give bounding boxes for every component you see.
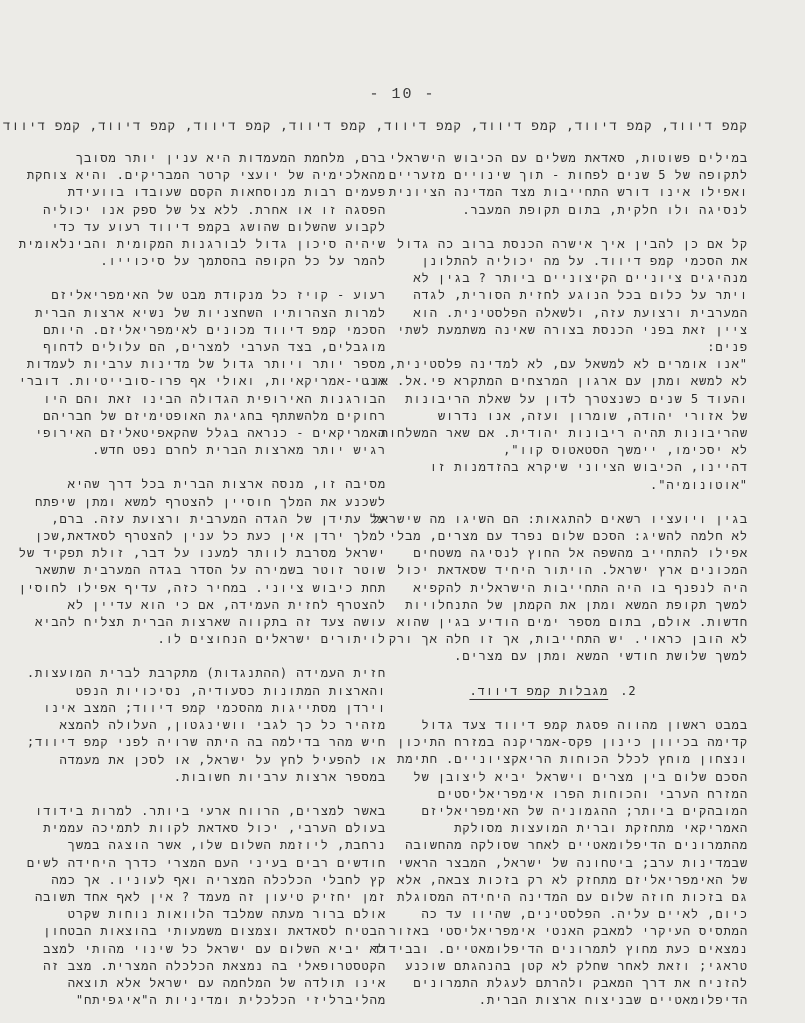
text-line: שבמדינות ערב; ביטחונה של ישראל, המבצר הר… [398, 855, 748, 872]
text-line: נרחבת, ליוזמת השלום שלו, אשר הוצגה במשך [38, 837, 386, 854]
text-line: מנהיגים ציוניים הקיצוניים ביותר ? בגין ל… [398, 270, 748, 287]
text-line: קל אם כן להבין איך אישרה הכנסת ברוב כה ג… [398, 236, 748, 253]
text-line: את הסכמי קמפ דיווד. על מה יכוליה להתלונן [398, 253, 748, 270]
text-line: הדיפלומאטיים שבניצוח ארצות הברית. [398, 992, 748, 1009]
text-line: קץ לחבלי הכלכלה המצריה ואף לעוניו. אך כמ… [38, 872, 386, 889]
text-line: תחת כיבוש ציוני. במחיר כזה, עדיף אפילו ל… [38, 580, 386, 597]
text-line: מוגבלים, בצד הערבי למצרים, הם עלולים לדח… [38, 339, 386, 356]
text-line: אנטי-אמריקאיות, ואולי אף פרו-סובייטיות. … [38, 373, 386, 390]
text-line: במבט ראשון מהווה פסגת קמפ דיווד צעד גדול [398, 717, 748, 734]
text-line: במילים פשוטות, סאדאת משלים עם הכיבוש היש… [398, 150, 748, 167]
text-line: זמן יחזיק טיעון זה מעמד ? אין לאף אחד תש… [38, 889, 386, 906]
text-line: מהליברליזי הכלכלית ומדיניות ה"איגפיתח" [38, 992, 386, 1009]
text-line: קדימה בכיוון כינון פקס-אמריקנה במזרח התי… [398, 734, 748, 751]
text-line: להמר על כל הקופה בהסתמך על סיכוייו. [38, 253, 386, 270]
text-line: שיהיה סיכון גדול לבורגנות המקומית והבינל… [38, 236, 386, 253]
text-line: והארצות המתונות כסעודיה, נסיכויות הנפט [38, 683, 386, 700]
text-line: המזרח הערבי והכוחות הפרו אימפריאליסטים [398, 786, 748, 803]
text-line: הבטיח לסאדאת וצמצום משמעותי בהוצאות הבטח… [38, 923, 386, 940]
text-line: לשכנע את המלך חוסיין להצטרף למשא ומתן שי… [38, 494, 386, 511]
text-line: למשך שלושת חודשי המשא ומתן עם מצרים. [398, 648, 748, 665]
text-line: הסכמי קמפ דיווד מכונים לאימפריאליזם. היו… [38, 322, 386, 339]
section-number: 2. [620, 684, 636, 698]
text-line: והעוד 5 שנים כשנצטרך לדון על שאלת הריבונ… [398, 391, 748, 408]
text-line: הפסגה זו או אחרת. ללא צל של ספק אנו יכול… [38, 202, 386, 219]
text-line: טראגי; וזאת לאחר שחלק לא קטן בהנהגתם שוכ… [398, 958, 748, 975]
page-number: - 10 - [0, 86, 805, 103]
text-line: רגיש יותר מארצות הברית לחרם נפט חדש. [38, 442, 386, 459]
text-line: וירדן מסתייגות מהסכמי קמפ דיווד; המצב אי… [38, 700, 386, 717]
text-line: ישראל מסרבת לוותר למענו על דבר, זולת תפק… [38, 545, 386, 562]
paragraph: מסיבה זו, מנסה ארצות הברית בכל דרך שהיאל… [38, 476, 386, 648]
paragraph: בגין ויועציו רשאים להתגאות: הם השיגו מה … [398, 511, 748, 666]
text-line: מהתמרונים הדיפלומאטיים לאחר שסולקה מהחשו… [398, 837, 748, 854]
text-line: לנסיגה ולו חלקית, בתום תקופת המעבר. [398, 202, 748, 219]
text-line: למשך תקופת המשא ומתן את הקמתן של התנחלוי… [398, 597, 748, 614]
text-line: לא יסכימו, יימשך הסטאטוס קוו", [398, 442, 748, 459]
text-line: המובהקים ביותר; ההגמוניה של האימפריאליזם [398, 803, 748, 820]
text-line: לא הובן כראוי. יש התחייבות, אך זו חלה אך… [398, 631, 748, 648]
text-line: חודשים רבים בעיני העם המצרי כדרך היחידה … [38, 855, 386, 872]
text-line: בעולם הערבי, יכול סאדאת לקוות לתמיכה עממ… [38, 820, 386, 837]
paragraph: ברם, מלחמת המעמדות היא ענין יותר מסובךמה… [38, 150, 386, 270]
text-line: של אזורי יהודה, שומרון ועזה, אנו נדרוש [398, 408, 748, 425]
right-column: במילים פשוטות, סאדאת משלים עם הכיבוש היש… [398, 150, 748, 1023]
text-line: רעוע - קויז כל מנקודת מבט של האימפריאליז… [38, 287, 386, 304]
text-line: נמצאים כעת מחוץ לתמרונים הדיפלומאטיים. ו… [398, 941, 748, 958]
text-line: מזהיר כל כך לגבי וושינגטון, העלולה להמצא [38, 717, 386, 734]
text-line: במספר ארצות ערביות חשובות. [38, 769, 386, 786]
text-line: חדשות. אולם, בתום מספר ימים הודיע בגין ש… [398, 614, 748, 631]
text-line: המערבית ורצועת עזה, ולשאלה הפלסטינית. הו… [398, 305, 748, 322]
text-line: אינו תולדה של המלחמה עם ישראל אלא תוצאה [38, 975, 386, 992]
text-line: אפילו להתחייב מהשפה אל החוץ לנסיגה משטחי… [398, 545, 748, 562]
text-line: שהריבונות תהיה ריבונות יהודית. אם שאר המ… [398, 425, 748, 442]
text-line: המכונים ארץ ישראל. הויתור היחיד שסאדאת י… [398, 562, 748, 579]
text-line: לא למשא ומתן עם ארגון המרצחים המתקרא פי.… [398, 373, 748, 390]
text-line: כיום, לאיים עליה. הפלסטינים, שהיוו עד כה [398, 906, 748, 923]
text-line: להצטרף לחזית העמידה, אם כי הוא עדיין לא [38, 597, 386, 614]
text-line: למרות הצהרותיו השחצניות של נשיא ארצות הב… [38, 305, 386, 322]
text-line: להזניח את דרך המאבק ולהרתם לעגלת התמרוני… [398, 975, 748, 992]
section-title: מגבלות קמפ דיווד. [469, 684, 608, 698]
text-line: האמריקאים - כנראה בגלל שהקאפיטאליזם האיר… [38, 425, 386, 442]
left-column: ברם, מלחמת המעמדות היא ענין יותר מסובךמה… [38, 150, 386, 1023]
paragraph: במבט ראשון מהווה פסגת קמפ דיווד צעד גדול… [398, 717, 748, 1009]
text-line: פנים: [398, 339, 748, 356]
text-line: לתקופה של 5 שנים לפחות - תוך שינויים מזע… [398, 167, 748, 184]
text-line: רחוקים מלהשתתף בחגיגת האופטימיזם של חברי… [38, 408, 386, 425]
text-line: לקבוע שהשלום שהושג בקמפ דיווד רעוע עד כד… [38, 219, 386, 236]
text-line: מהאלכימיה של יועצי קרטר המבריקים. והיא צ… [38, 167, 386, 184]
text-line: של האימפריאליזם מתחזק לא רק בזכות צבאה, … [398, 872, 748, 889]
text-line: לא חלמה להשיג: הסכם שלום נפרד עם מצרים, … [398, 528, 748, 545]
text-line: ברם, מלחמת המעמדות היא ענין יותר מסובך [38, 150, 386, 167]
text-line: מספר יותר ויותר גדול של מדינות ערביות לע… [38, 356, 386, 373]
text-line: פעמים רבות מנוסחאות הקסם שעובדו בוועידת [38, 184, 386, 201]
paragraph: במילים פשוטות, סאדאת משלים עם הכיבוש היש… [398, 150, 748, 219]
text-line: "אנו אומרים לא למשאל עם, לא למדינה פלסטי… [398, 356, 748, 373]
text-line: בגין ויועציו רשאים להתגאות: הם השיגו מה … [398, 511, 748, 528]
text-line: ציין זאת בפני הכנסת בצורה שאינה משתמעת ל… [398, 322, 748, 339]
text-line: הסכם שלום בין מצרים וישראל יביא ליצובן ש… [398, 769, 748, 786]
text-line: אולם ברור מעתה שמלבד הלוואות נוחות שקרט [38, 906, 386, 923]
section-heading: 2.מגבלות קמפ דיווד. [398, 683, 748, 700]
text-line: שוטר זוטר בשמירה על הסדר בגדה המערבית שת… [38, 562, 386, 579]
paragraph: באשר למצרים, הרווח ארעי ביותר. למרות ביד… [38, 803, 386, 1009]
text-line: מסיבה זו, מנסה ארצות הברית בכל דרך שהיא [38, 476, 386, 493]
paragraph: חזית העמידה (ההתנגדות) מתקרבת לברית המוע… [38, 665, 386, 785]
text-line: האמריקאי מתחזקת וברית המועצות מסולקת [398, 820, 748, 837]
text-line: גם בזכות חוזה שלום עם המדינה היחידה המסו… [398, 889, 748, 906]
text-line: באשר למצרים, הרווח ארעי ביותר. למרות ביד… [38, 803, 386, 820]
text-line: לויתורים ישראלים הנחוצים לו. [38, 631, 386, 648]
text-line: היה לנפנף בו היה התחייבות הישראלית להקפי… [398, 580, 748, 597]
text-line: למלך ירדן אין כעת כל ענין להצטרף לסאדאת,… [38, 528, 386, 545]
text-line: ואפילו אינו דורש התחייבות מצד המדינה הצי… [398, 184, 748, 201]
running-head: קמפ דיווד, קמפ דיווד, קמפ דיווד, קמפ דיו… [40, 118, 748, 134]
text-line: הקטסטרופאלי בה נמצאת הכלכלה המצרית. מצב … [38, 958, 386, 975]
text-line: עושה צעד זה בתקווה שארצות הברית תצליח לה… [38, 614, 386, 631]
text-line: לא יביא השלום עם ישראל כל שינוי מהותי למ… [38, 941, 386, 958]
paragraph: רעוע - קויז כל מנקודת מבט של האימפריאליז… [38, 287, 386, 459]
text-line: הבורגנות האירופית הגדולה הבינו זאת והם ה… [38, 391, 386, 408]
text-line: המתסיס העיקרי למאבק האנטי אימפריאליסטי ב… [398, 923, 748, 940]
text-line: חזית העמידה (ההתנגדות) מתקרבת לברית המוע… [38, 665, 386, 682]
text-line: ויתר על כלום בכל הנוגע לחזית הסורית, לגד… [398, 287, 748, 304]
text-line: "אוטונומיה". [398, 477, 748, 494]
text-line: או להפעיל לחץ על ישראל, או לסכן את מעמדה [38, 752, 386, 769]
text-line: חיש מהר בדילמה בה היתה שרויה לפני קמפ די… [38, 734, 386, 751]
text-line: דהיינו, הכיבוש הציוני שיקרא בהזדמנות זו [398, 459, 748, 476]
paragraph: קל אם כן להבין איך אישרה הכנסת ברוב כה ג… [398, 236, 748, 494]
text-line: על עתידן של הגדה המערבית ורצועת עזה. ברם… [38, 511, 386, 528]
text-line: ונצחון מוחץ לכלל הכוחות הריאקציוניים. חת… [398, 751, 748, 768]
